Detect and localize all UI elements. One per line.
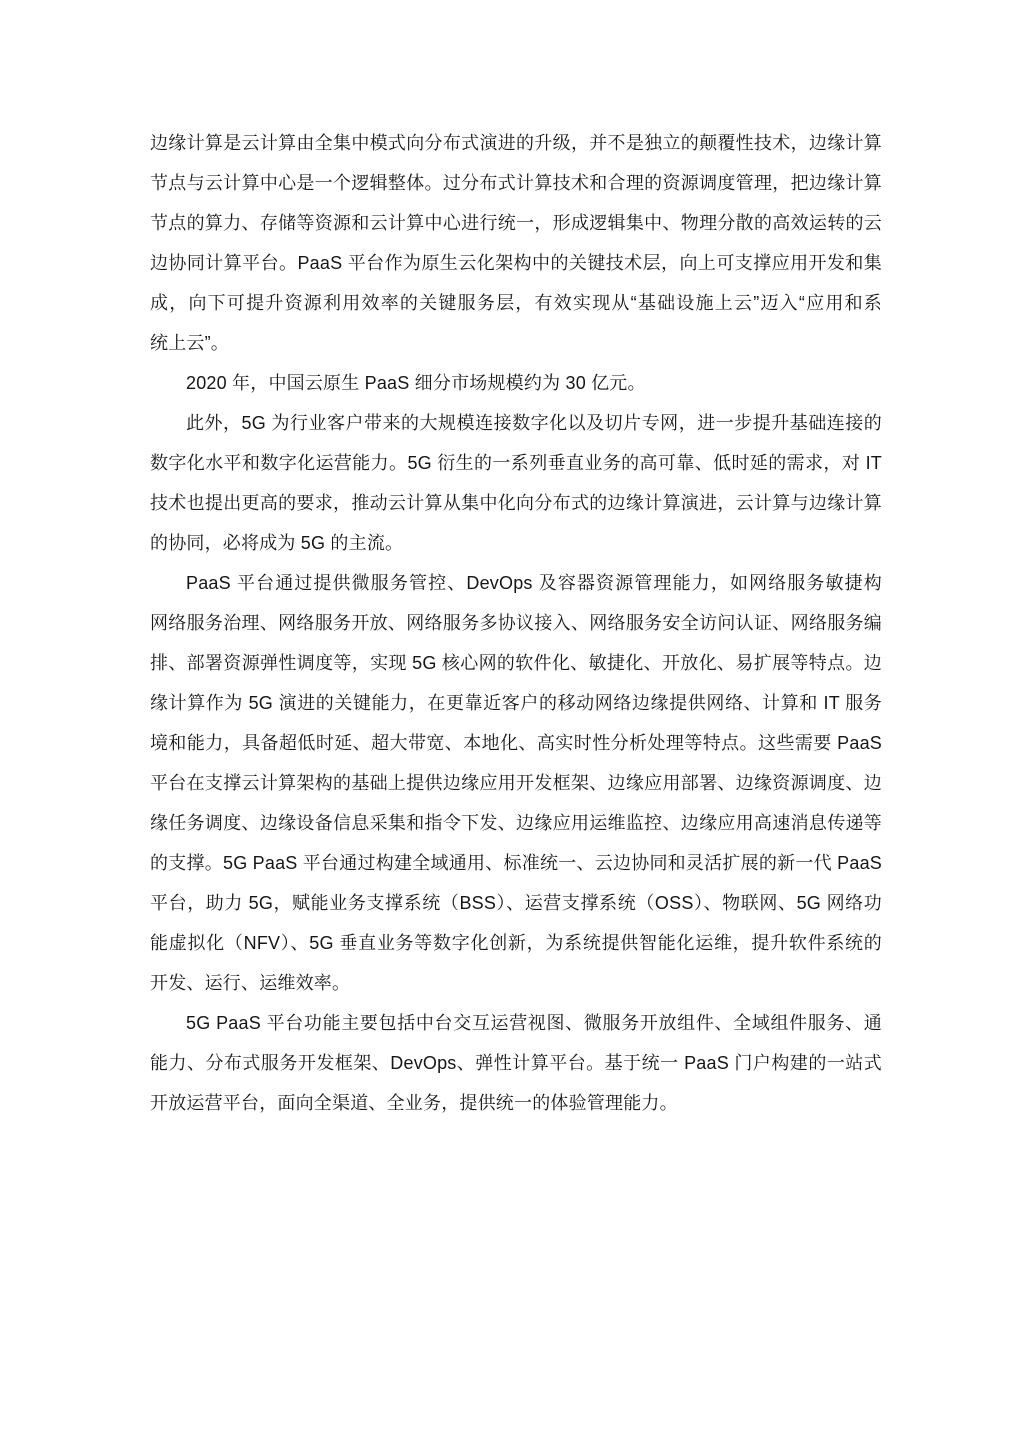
document-body: 边缘计算是云计算由全集中模式向分布式演进的升级，并不是独立的颠覆性技术，边缘计算… (150, 123, 882, 1123)
text-line: 网络服务治理、网络服务开放、网络服务多协议接入、网络服务安全访问认证、网络服务编 (150, 603, 882, 643)
text-line: 5G PaaS 平台功能主要包括中台交互运营视图、微服务开放组件、全域组件服务、… (150, 1003, 882, 1043)
text-line: 此外，5G 为行业客户带来的大规模连接数字化以及切片专网，进一步提升基础连接的 (150, 403, 882, 443)
text-line: 边缘计算是云计算由全集中模式向分布式演进的升级，并不是独立的颠覆性技术，边缘计算 (150, 123, 882, 163)
text-line: 平台，助力 5G，赋能业务支撑系统（BSS）、运营支撑系统（OSS）、物联网、5… (150, 883, 882, 923)
paragraph: 边缘计算是云计算由全集中模式向分布式演进的升级，并不是独立的颠覆性技术，边缘计算… (150, 123, 882, 363)
text-line: 节点与云计算中心是一个逻辑整体。过分布式计算技术和合理的资源调度管理，把边缘计算 (150, 163, 882, 203)
paragraph: 2020 年，中国云原生 PaaS 细分市场规模约为 30 亿元。 (150, 363, 882, 403)
text-line: 节点的算力、存储等资源和云计算中心进行统一，形成逻辑集中、物理分散的高效运转的云 (150, 203, 882, 243)
text-line: 开放运营平台，面向全渠道、全业务，提供统一的体验管理能力。 (150, 1083, 882, 1123)
paragraph: PaaS 平台通过提供微服务管控、DevOps 及容器资源管理能力，如网络服务敏… (150, 563, 882, 1003)
text-line: 的支撑。5G PaaS 平台通过构建全域通用、标准统一、云边协同和灵活扩展的新一… (150, 843, 882, 883)
text-line: 成，向下可提升资源利用效率的关键服务层，有效实现从“基础设施上云”迈入“应用和系 (150, 283, 882, 323)
text-line: 排、部署资源弹性调度等，实现 5G 核心网的软件化、敏捷化、开放化、易扩展等特点… (150, 643, 882, 683)
text-line: 边协同计算平台。PaaS 平台作为原生云化架构中的关键技术层，向上可支撑应用开发… (150, 243, 882, 283)
text-line: 能虚拟化（NFV）、5G 垂直业务等数字化创新，为系统提供智能化运维，提升软件系… (150, 923, 882, 963)
text-line: PaaS 平台通过提供微服务管控、DevOps 及容器资源管理能力，如网络服务敏… (150, 563, 882, 603)
text-line: 技术也提出更高的要求，推动云计算从集中化向分布式的边缘计算演进，云计算与边缘计算 (150, 483, 882, 523)
text-line: 境和能力，具备超低时延、超大带宽、本地化、高实时性分析处理等特点。这些需要 Pa… (150, 723, 882, 763)
document-page: 边缘计算是云计算由全集中模式向分布式演进的升级，并不是独立的颠覆性技术，边缘计算… (0, 0, 1019, 1440)
text-line: 能力、分布式服务开发框架、DevOps、弹性计算平台。基于统一 PaaS 门户构… (150, 1043, 882, 1083)
paragraph: 此外，5G 为行业客户带来的大规模连接数字化以及切片专网，进一步提升基础连接的数… (150, 403, 882, 563)
text-line: 开发、运行、运维效率。 (150, 963, 882, 1003)
text-line: 数字化水平和数字化运营能力。5G 衍生的一系列垂直业务的高可靠、低时延的需求，对… (150, 443, 882, 483)
text-line: 统上云”。 (150, 323, 882, 363)
text-line: 的协同，必将成为 5G 的主流。 (150, 523, 882, 563)
text-line: 缘任务调度、边缘设备信息采集和指令下发、边缘应用运维监控、边缘应用高速消息传递等 (150, 803, 882, 843)
paragraph: 5G PaaS 平台功能主要包括中台交互运营视图、微服务开放组件、全域组件服务、… (150, 1003, 882, 1123)
text-line: 平台在支撑云计算架构的基础上提供边缘应用开发框架、边缘应用部署、边缘资源调度、边 (150, 763, 882, 803)
text-line: 缘计算作为 5G 演进的关键能力，在更靠近客户的移动网络边缘提供网络、计算和 I… (150, 683, 882, 723)
text-line: 2020 年，中国云原生 PaaS 细分市场规模约为 30 亿元。 (150, 363, 882, 403)
